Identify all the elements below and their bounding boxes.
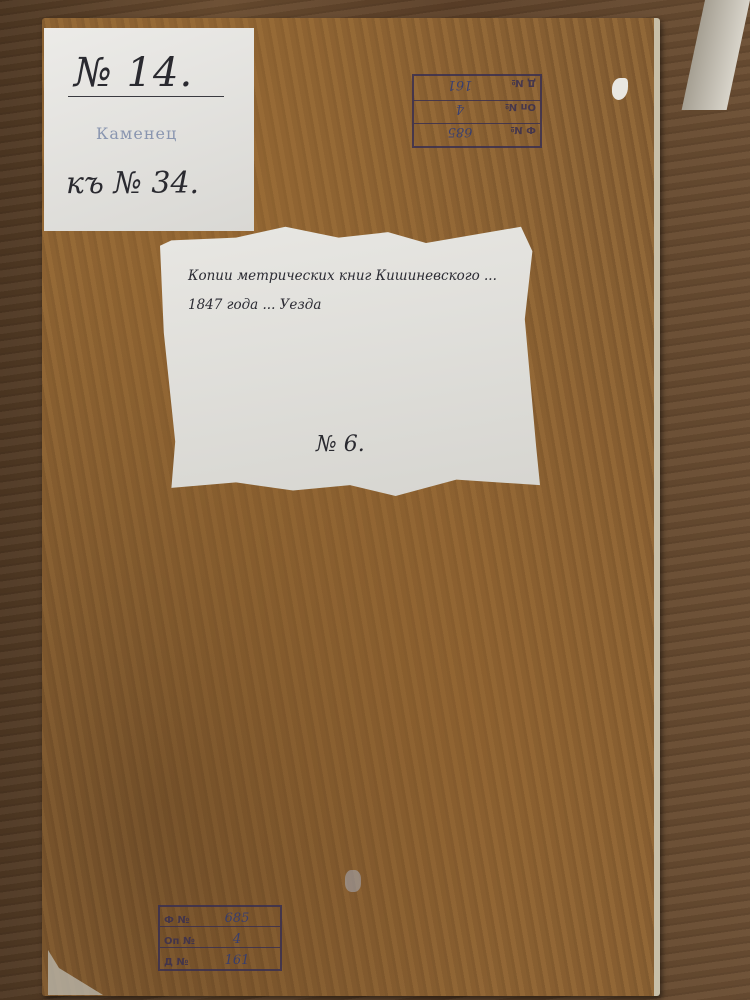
paper-mark — [345, 870, 361, 892]
stamp-row: Оп №4 — [414, 100, 540, 123]
top-left-label: № 14. Каменец къ № 34. — [44, 28, 254, 231]
pencil-note: Каменец — [96, 124, 177, 143]
stamp-row: Д №161 — [160, 948, 280, 968]
stamp-row: Оп №4 — [160, 927, 280, 947]
volume-number: № 6. — [316, 432, 365, 457]
label-rule — [68, 96, 224, 97]
title-label: Копии метрических книг Кишиневского ... … — [160, 224, 540, 496]
archive-stamp-top: Ф №685 Оп №4 Д №161 — [412, 74, 542, 148]
stamp-row: Ф №685 — [160, 907, 280, 927]
title-text: Копии метрических книг Кишиневского ... … — [188, 262, 518, 320]
label-reference: къ № 34. — [66, 166, 199, 201]
stamp-row: Ф №685 — [414, 123, 540, 146]
archive-stamp-bottom: Ф №685 Оп №4 Д №161 — [158, 905, 282, 971]
label-number: № 14. — [74, 50, 193, 96]
stamp-row: Д №161 — [414, 77, 540, 100]
